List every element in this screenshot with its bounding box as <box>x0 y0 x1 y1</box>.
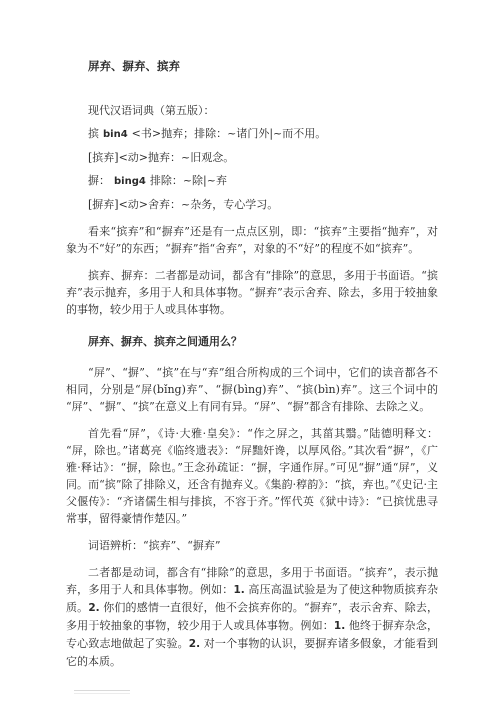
document-page: 屏弃、摒弃、摈弃 现代汉语词典（第五版）： 摈bin4<书>抛弃；排除：~诸门外… <box>0 0 500 708</box>
paragraph-pronunciation: “屏”、“摒”、“摈”在与“弃”组合所构成的三个词中，它们的读音都各不相同，分别… <box>66 364 438 415</box>
examples-number: 2. <box>189 638 200 650</box>
examples-number: 2. <box>88 602 99 614</box>
paragraph-analysis-label: 词语辨析：“摈弃”、“摒弃” <box>66 537 438 554</box>
dictionary-entry-bin: 摈bin4<书>抛弃；排除：~诸门外|~而不用。 <box>88 125 438 143</box>
document-content: 屏弃、摒弃、摈弃 现代汉语词典（第五版）： 摈bin4<书>抛弃；排除：~诸门外… <box>0 0 500 694</box>
examples-number: 1. <box>334 620 345 632</box>
entry-definition: <动>舍弃：~杂务，专心学习。 <box>119 198 279 211</box>
dictionary-entry-binqi: [摈弃]<动>抛弃：~旧观念。 <box>88 149 438 166</box>
entry-definition: <动>抛弃：~旧观念。 <box>119 151 235 164</box>
paragraph-comparison: 看来“摈弃”和“摒弃”还是有一点点区别，即：“摈弃”主要指“抛弃”，对象为不“好… <box>66 223 438 257</box>
entry-pinyin: bing4 <box>114 176 146 187</box>
entry-definition: 排除：~除|~弃 <box>150 174 227 187</box>
entry-headword: 摒： <box>88 174 110 187</box>
entry-headword: 摈 <box>88 127 99 140</box>
examples-number: 1. <box>233 584 244 596</box>
entry-definition: <书>抛弃；排除：~诸门外|~而不用。 <box>132 127 327 140</box>
entry-pinyin: bin4 <box>103 129 128 140</box>
entry-headword: [摈弃] <box>88 151 119 164</box>
paragraph-etymology: 首先看“屏”，《诗·大雅·皇矣》：“作之屏之，其菑其翳。”陆德明释文：“屏，除也… <box>66 425 438 527</box>
dictionary-entry-bingqi: [摒弃]<动>舍弃：~杂务，专心学习。 <box>88 196 438 213</box>
paragraph-summary: 摈弃、摒弃：二者都是动词，都含有“排除”的意思，多用于书面语。“摈弃”表示抛弃，… <box>66 267 438 318</box>
dictionary-source-line: 现代汉语词典（第五版）： <box>88 102 438 119</box>
entry-headword: [摒弃] <box>88 198 119 211</box>
document-title: 屏弃、摒弃、摈弃 <box>88 58 438 75</box>
section-heading-question: 屏弃、摒弃、摈弃之间通用么？ <box>88 333 438 350</box>
dictionary-entry-bing: 摒：bing4排除：~除|~弃 <box>88 172 438 190</box>
paragraph-examples: 二者都是动词，都含有“排除”的意思，多用于书面语。“摈弃”，表示抛弃，多用于人和… <box>66 564 438 670</box>
separator-line <box>74 690 130 694</box>
